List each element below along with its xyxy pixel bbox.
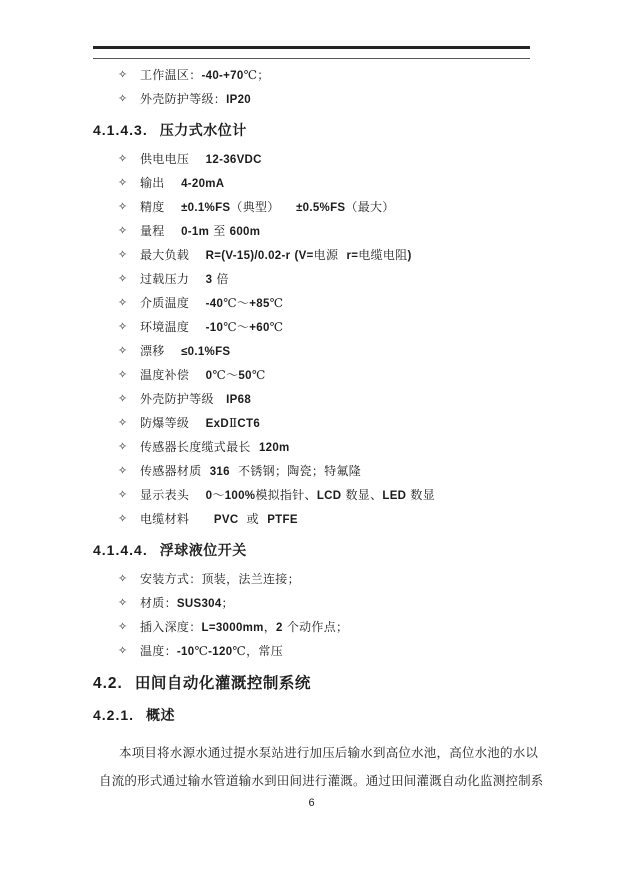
- heading-title: 压力式水位计: [160, 123, 247, 139]
- diamond-bullet-icon: ✧: [118, 219, 128, 243]
- spec-bullet-item: ✧防爆等级 ExDⅡCT6: [93, 411, 530, 435]
- spec-item-text: 供电电压 12-36VDC: [140, 152, 262, 166]
- diamond-bullet-icon: ✧: [118, 615, 128, 639]
- diamond-bullet-icon: ✧: [118, 435, 128, 459]
- heading-number: 4.2.: [93, 675, 123, 692]
- diamond-bullet-icon: ✧: [118, 267, 128, 291]
- page-number: 6: [308, 797, 314, 809]
- heading-number: 4.2.1.: [93, 707, 134, 723]
- spec-item-text: 电缆材料 PVC 或 PTFE: [140, 512, 298, 526]
- diamond-bullet-icon: ✧: [118, 639, 128, 663]
- spec-bullet-item: ✧显示表头 0～100%模拟指针、LCD 数显、LED 数显: [93, 483, 530, 507]
- header-rule-thick: [93, 46, 530, 49]
- spec-bullet-item: ✧温度补偿 0℃～50℃: [93, 363, 530, 387]
- diamond-bullet-icon: ✧: [118, 459, 128, 483]
- spec-item-text: 外壳防护等级 IP68: [140, 392, 251, 406]
- spec-bullet-item: ✧量程 0-1m 至 600m: [93, 219, 530, 243]
- spec-item-text: 温度：-10℃-120℃，常压: [140, 644, 283, 658]
- diamond-bullet-icon: ✧: [118, 363, 128, 387]
- document-content: ✧工作温区：-40-+70℃；✧外壳防护等级：IP204.1.4.3.压力式水位…: [93, 63, 530, 795]
- spec-bullet-list: ✧安装方式：顶装，法兰连接；✧材质：SUS304；✧插入深度：L=3000mm，…: [93, 567, 530, 663]
- heading-title: 田间自动化灌溉控制系统: [135, 673, 311, 692]
- diamond-bullet-icon: ✧: [118, 339, 128, 363]
- spec-bullet-list: ✧工作温区：-40-+70℃；✧外壳防护等级：IP20: [93, 63, 530, 111]
- body-paragraph: 本项目将水源水通过提水泵站进行加压后输水到高位水池，高位水池的水以自流的形式通过…: [93, 739, 530, 795]
- spec-bullet-list: ✧供电电压 12-36VDC✧输出 4-20mA✧精度 ±0.1%FS（典型） …: [93, 147, 530, 531]
- spec-bullet-item: ✧传感器材质 316 不锈钢；陶瓷；特氟隆: [93, 459, 530, 483]
- diamond-bullet-icon: ✧: [118, 387, 128, 411]
- spec-bullet-item: ✧最大负载 R=(V-15)/0.02-r (V=电源 r=电缆电阻): [93, 243, 530, 267]
- spec-item-text: 最大负载 R=(V-15)/0.02-r (V=电源 r=电缆电阻): [140, 248, 412, 262]
- spec-bullet-item: ✧环境温度 -10℃～+60℃: [93, 315, 530, 339]
- spec-bullet-item: ✧传感器长度缆式最长 120m: [93, 435, 530, 459]
- section-heading-4-1-4-3: 4.1.4.3.压力式水位计: [93, 120, 530, 141]
- header-rule-thin: [93, 58, 530, 59]
- diamond-bullet-icon: ✧: [118, 591, 128, 615]
- heading-number: 4.1.4.3.: [93, 122, 148, 138]
- diamond-bullet-icon: ✧: [118, 63, 128, 87]
- diamond-bullet-icon: ✧: [118, 315, 128, 339]
- diamond-bullet-icon: ✧: [118, 147, 128, 171]
- spec-bullet-item: ✧输出 4-20mA: [93, 171, 530, 195]
- spec-item-text: 安装方式：顶装，法兰连接；: [140, 572, 300, 586]
- spec-item-text: 材质：SUS304；: [140, 596, 234, 610]
- spec-item-text: 输出 4-20mA: [140, 176, 224, 190]
- spec-item-text: 防爆等级 ExDⅡCT6: [140, 416, 260, 430]
- page-body: ✧工作温区：-40-+70℃；✧外壳防护等级：IP204.1.4.3.压力式水位…: [93, 46, 530, 810]
- spec-item-text: 工作温区：-40-+70℃；: [140, 68, 270, 82]
- spec-bullet-item: ✧介质温度 -40℃～+85℃: [93, 291, 530, 315]
- spec-item-text: 精度 ±0.1%FS（典型） ±0.5%FS（最大）: [140, 200, 395, 214]
- diamond-bullet-icon: ✧: [118, 195, 128, 219]
- spec-bullet-item: ✧外壳防护等级：IP20: [93, 87, 530, 111]
- spec-item-text: 漂移 ≤0.1%FS: [140, 344, 230, 358]
- diamond-bullet-icon: ✧: [118, 411, 128, 435]
- spec-bullet-item: ✧外壳防护等级 IP68: [93, 387, 530, 411]
- spec-bullet-item: ✧材质：SUS304；: [93, 591, 530, 615]
- spec-bullet-item: ✧电缆材料 PVC 或 PTFE: [93, 507, 530, 531]
- spec-item-text: 过载压力 3 倍: [140, 272, 229, 286]
- spec-item-text: 传感器长度缆式最长 120m: [140, 440, 290, 454]
- paragraph-line: 本项目将水源水通过提水泵站进行加压后输水到高位水池，高位水池的水以: [99, 739, 530, 767]
- spec-bullet-item: ✧精度 ±0.1%FS（典型） ±0.5%FS（最大）: [93, 195, 530, 219]
- spec-bullet-item: ✧插入深度：L=3000mm，2 个动作点；: [93, 615, 530, 639]
- spec-bullet-item: ✧温度：-10℃-120℃，常压: [93, 639, 530, 663]
- diamond-bullet-icon: ✧: [118, 507, 128, 531]
- spec-item-text: 传感器材质 316 不锈钢；陶瓷；特氟隆: [140, 464, 361, 478]
- spec-bullet-item: ✧供电电压 12-36VDC: [93, 147, 530, 171]
- spec-item-text: 插入深度：L=3000mm，2 个动作点；: [140, 620, 348, 634]
- spec-item-text: 显示表头 0～100%模拟指针、LCD 数显、LED 数显: [140, 488, 435, 502]
- section-heading-4-2: 4.2.田间自动化灌溉控制系统: [93, 671, 530, 696]
- spec-bullet-item: ✧工作温区：-40-+70℃；: [93, 63, 530, 87]
- spec-item-text: 外壳防护等级：IP20: [140, 92, 251, 106]
- diamond-bullet-icon: ✧: [118, 171, 128, 195]
- spec-item-text: 量程 0-1m 至 600m: [140, 224, 260, 238]
- heading-title: 概述: [146, 708, 175, 724]
- document-page: { "document": { "bullet_icon": "✧", "blo…: [0, 0, 620, 877]
- heading-title: 浮球液位开关: [160, 543, 247, 559]
- spec-bullet-item: ✧过载压力 3 倍: [93, 267, 530, 291]
- spec-bullet-item: ✧漂移 ≤0.1%FS: [93, 339, 530, 363]
- paragraph-line: 自流的形式通过输水管道输水到田间进行灌溉。通过田间灌溉自动化监测控制系: [99, 767, 530, 795]
- diamond-bullet-icon: ✧: [118, 567, 128, 591]
- spec-bullet-item: ✧安装方式：顶装，法兰连接；: [93, 567, 530, 591]
- spec-item-text: 介质温度 -40℃～+85℃: [140, 296, 283, 310]
- spec-item-text: 环境温度 -10℃～+60℃: [140, 320, 283, 334]
- diamond-bullet-icon: ✧: [118, 483, 128, 507]
- diamond-bullet-icon: ✧: [118, 87, 128, 111]
- diamond-bullet-icon: ✧: [118, 291, 128, 315]
- page-footer: 6: [93, 796, 530, 810]
- diamond-bullet-icon: ✧: [118, 243, 128, 267]
- heading-number: 4.1.4.4.: [93, 542, 148, 558]
- section-heading-4-2-1: 4.2.1.概述: [93, 705, 530, 726]
- spec-item-text: 温度补偿 0℃～50℃: [140, 368, 266, 382]
- section-heading-4-1-4-4: 4.1.4.4.浮球液位开关: [93, 540, 530, 561]
